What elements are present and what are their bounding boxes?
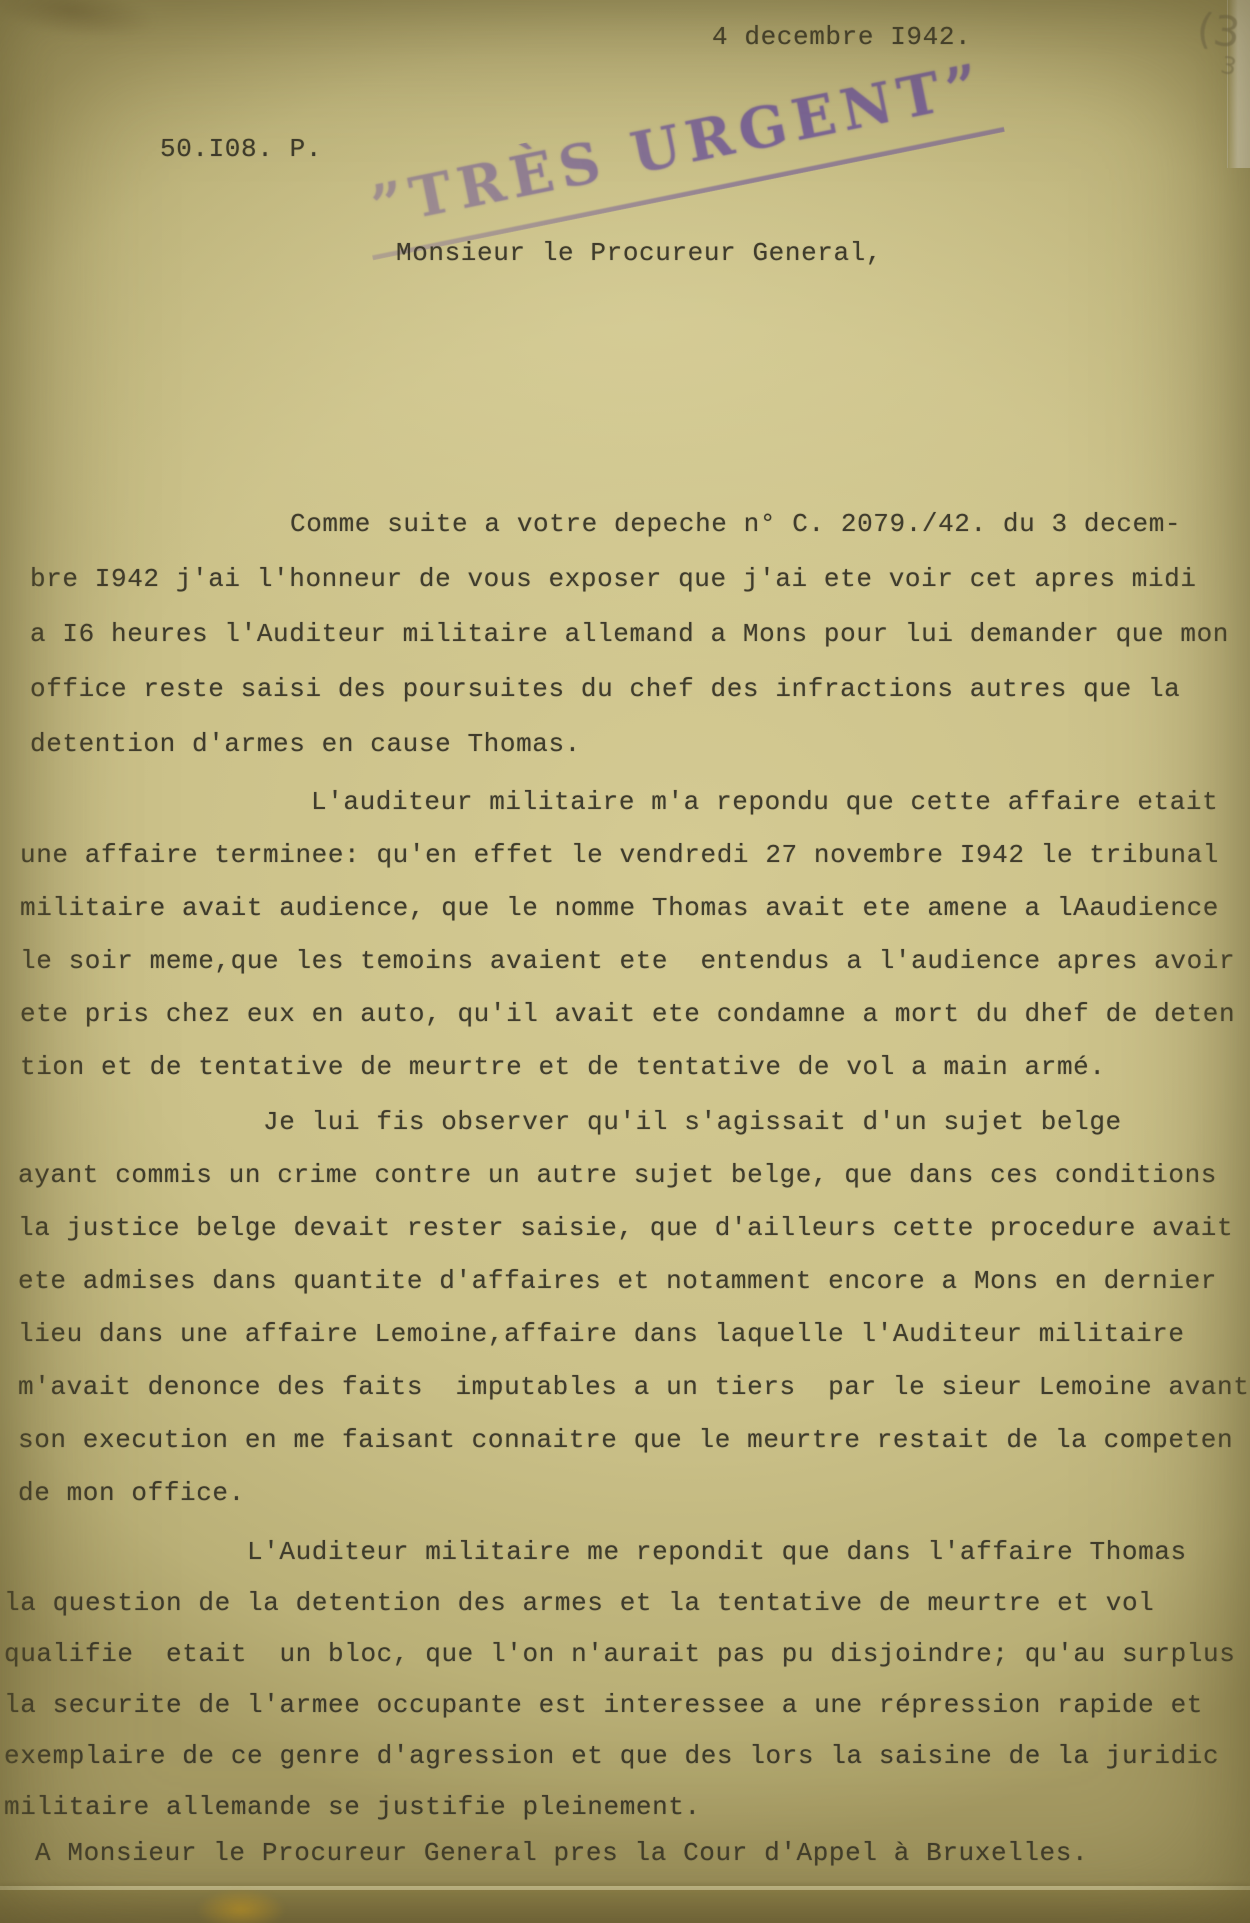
paragraph-4: L'Auditeur militaire me repondit que dan… bbox=[4, 1527, 1244, 1833]
tres-urgent-stamp: ”TRÈS URGENT” bbox=[356, 49, 1005, 261]
paper-smudge bbox=[0, 0, 159, 48]
paragraph-2: L'auditeur militaire m'a repondu que cet… bbox=[20, 776, 1250, 1094]
pencil-annotation: (3 bbox=[1194, 4, 1243, 58]
scan-bottom-edge bbox=[0, 1890, 1250, 1923]
addressee-line: A Monsieur le Procureur General pres la … bbox=[35, 1838, 1088, 1868]
paragraph-1: Comme suite a votre depeche n° C. 2079./… bbox=[30, 497, 1250, 772]
paragraph-3: Je lui fis observer qu'il s'agissait d'u… bbox=[18, 1096, 1250, 1520]
salutation: Monsieur le Procureur General, bbox=[396, 238, 882, 268]
reference-number: 50.I08. P. bbox=[160, 134, 322, 164]
scanned-letter-page: 4 decembre I942. (3 3 50.I08. P. ”TRÈS U… bbox=[0, 0, 1250, 1923]
letter-date: 4 decembre I942. bbox=[712, 22, 971, 52]
paper-stain bbox=[196, 1889, 286, 1923]
